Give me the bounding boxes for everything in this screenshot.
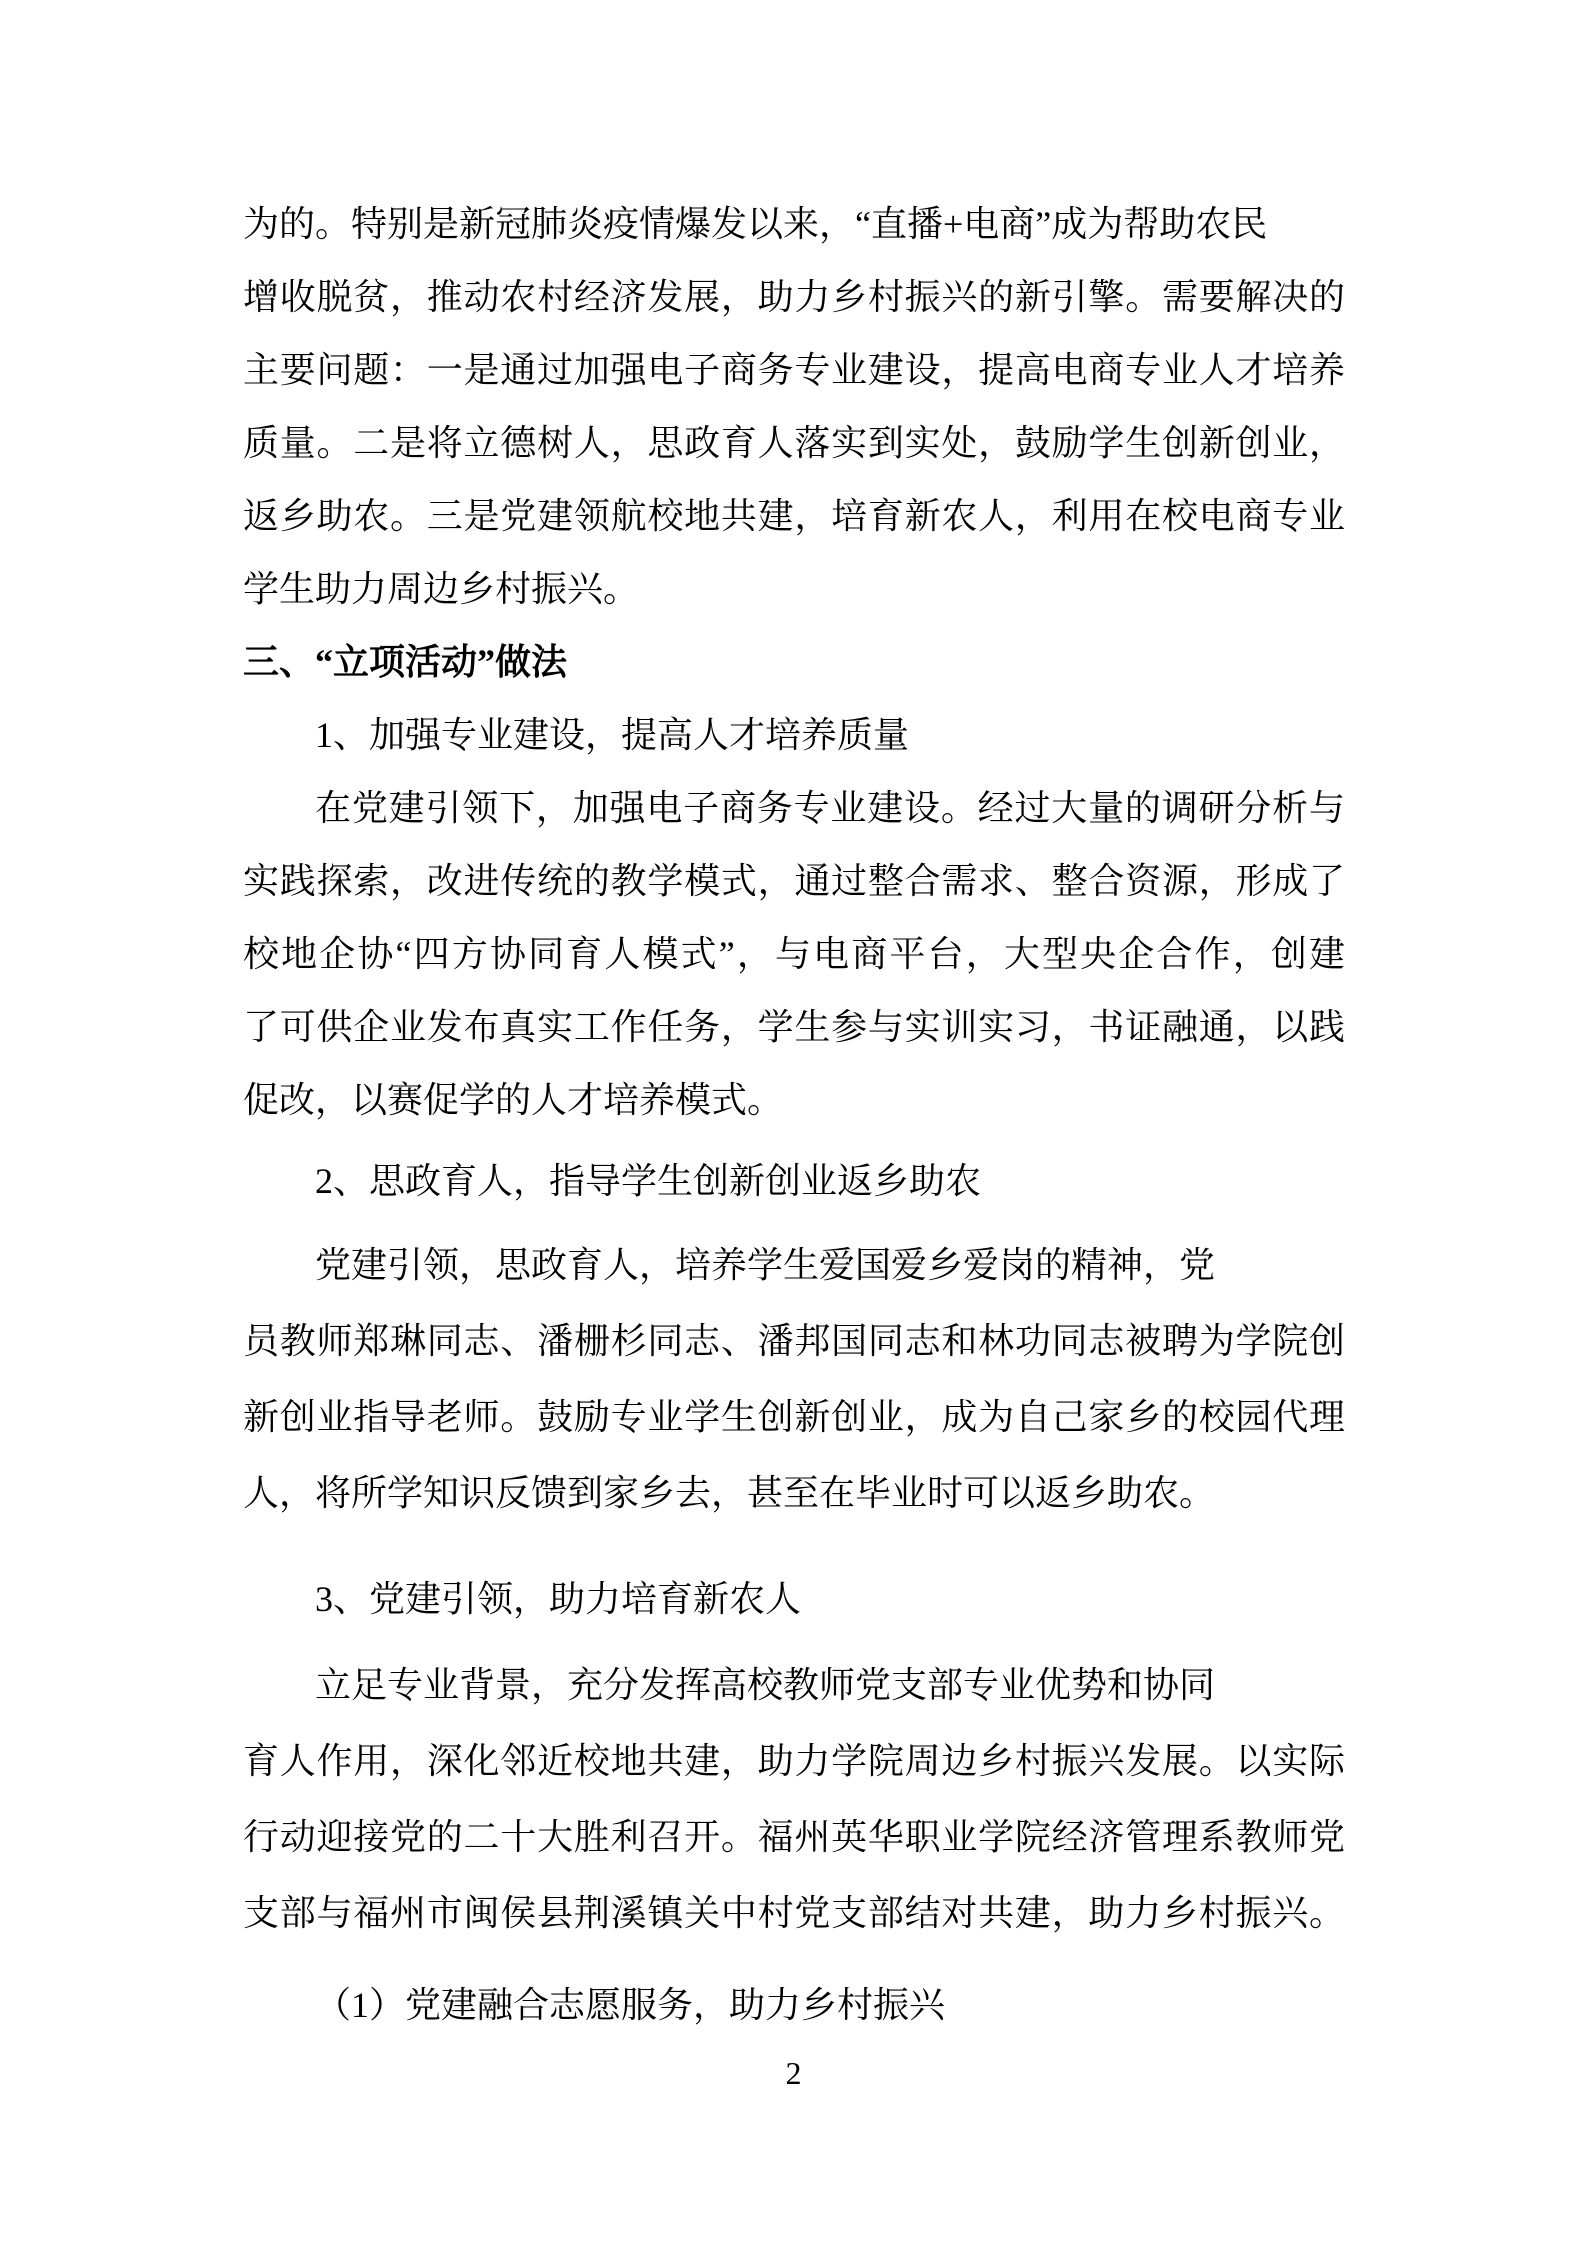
text-line: 促改，以赛促学的人才培养模式。 (243, 1064, 1345, 1137)
text-line: 2、思政育人，指导学生创新创业返乡助农 (243, 1145, 1345, 1218)
document-page: 为的。特别是新冠肺炎疫情爆发以来，“直播+电商”成为帮助农民增收脱贫，推动农村经… (0, 0, 1587, 2245)
text-line: 育人作用，深化邻近校地共建，助力学院周边乡村振兴发展。以实际 (243, 1723, 1345, 1799)
text-line: 在党建引领下，加强电子商务专业建设。经过大量的调研分析与 (243, 772, 1345, 845)
page-number: 2 (0, 2047, 1587, 2099)
section-heading: 三、“立项活动”做法 (243, 626, 1345, 699)
paragraph: 立足专业背景，充分发挥高校教师党支部专业优势和协同育人作用，深化邻近校地共建，助… (243, 1647, 1345, 1951)
document-text: 为的。特别是新冠肺炎疫情爆发以来，“直播+电商”成为帮助农民增收脱贫，推动农村经… (243, 188, 1345, 2042)
sub-heading: 1、加强专业建设，提高人才培养质量 (243, 699, 1345, 772)
text-line: 党建引领，思政育人，培养学生爱国爱乡爱岗的精神，党 (243, 1227, 1345, 1303)
text-line: 新创业指导老师。鼓励专业学生创新创业，成为自己家乡的校园代理 (243, 1379, 1345, 1455)
text-line: 返乡助农。三是党建领航校地共建，培育新农人，利用在校电商专业 (243, 480, 1345, 553)
text-line: 1、加强专业建设，提高人才培养质量 (243, 699, 1345, 772)
text-line: 为的。特别是新冠肺炎疫情爆发以来，“直播+电商”成为帮助农民 (243, 188, 1345, 261)
text-line: 校地企协“四方协同育人模式”，与电商平台，大型央企合作，创建 (243, 918, 1345, 991)
text-line: 立足专业背景，充分发挥高校教师党支部专业优势和协同 (243, 1647, 1345, 1723)
text-line: 质量。二是将立德树人，思政育人落实到实处，鼓励学生创新创业， (243, 407, 1345, 480)
sub-heading: （1）党建融合志愿服务，助力乡村振兴 (243, 1969, 1345, 2042)
text-line: 学生助力周边乡村振兴。 (243, 553, 1345, 626)
text-line: 3、党建引领，助力培育新农人 (243, 1563, 1345, 1636)
text-line: 了可供企业发布真实工作任务，学生参与实训实习，书证融通，以践 (243, 991, 1345, 1064)
text-line: 增收脱贫，推动农村经济发展，助力乡村振兴的新引擎。需要解决的 (243, 261, 1345, 334)
text-line: 支部与福州市闽侯县荆溪镇关中村党支部结对共建，助力乡村振兴。 (243, 1875, 1345, 1951)
paragraph: 为的。特别是新冠肺炎疫情爆发以来，“直播+电商”成为帮助农民增收脱贫，推动农村经… (243, 188, 1345, 626)
text-line: 主要问题：一是通过加强电子商务专业建设，提高电商专业人才培养 (243, 334, 1345, 407)
text-line: 人，将所学知识反馈到家乡去，甚至在毕业时可以返乡助农。 (243, 1455, 1345, 1531)
sub-heading: 2、思政育人，指导学生创新创业返乡助农 (243, 1145, 1345, 1218)
paragraph: 党建引领，思政育人，培养学生爱国爱乡爱岗的精神，党员教师郑琳同志、潘栅杉同志、潘… (243, 1227, 1345, 1531)
text-line: （1）党建融合志愿服务，助力乡村振兴 (243, 1969, 1345, 2042)
text-line: 行动迎接党的二十大胜利召开。福州英华职业学院经济管理系教师党 (243, 1799, 1345, 1875)
sub-heading: 3、党建引领，助力培育新农人 (243, 1563, 1345, 1636)
text-line: 员教师郑琳同志、潘栅杉同志、潘邦国同志和林功同志被聘为学院创 (243, 1303, 1345, 1379)
text-line: 实践探索，改进传统的教学模式，通过整合需求、整合资源，形成了 (243, 845, 1345, 918)
text-line: 三、“立项活动”做法 (243, 626, 1345, 699)
paragraph: 在党建引领下，加强电子商务专业建设。经过大量的调研分析与实践探索，改进传统的教学… (243, 772, 1345, 1137)
